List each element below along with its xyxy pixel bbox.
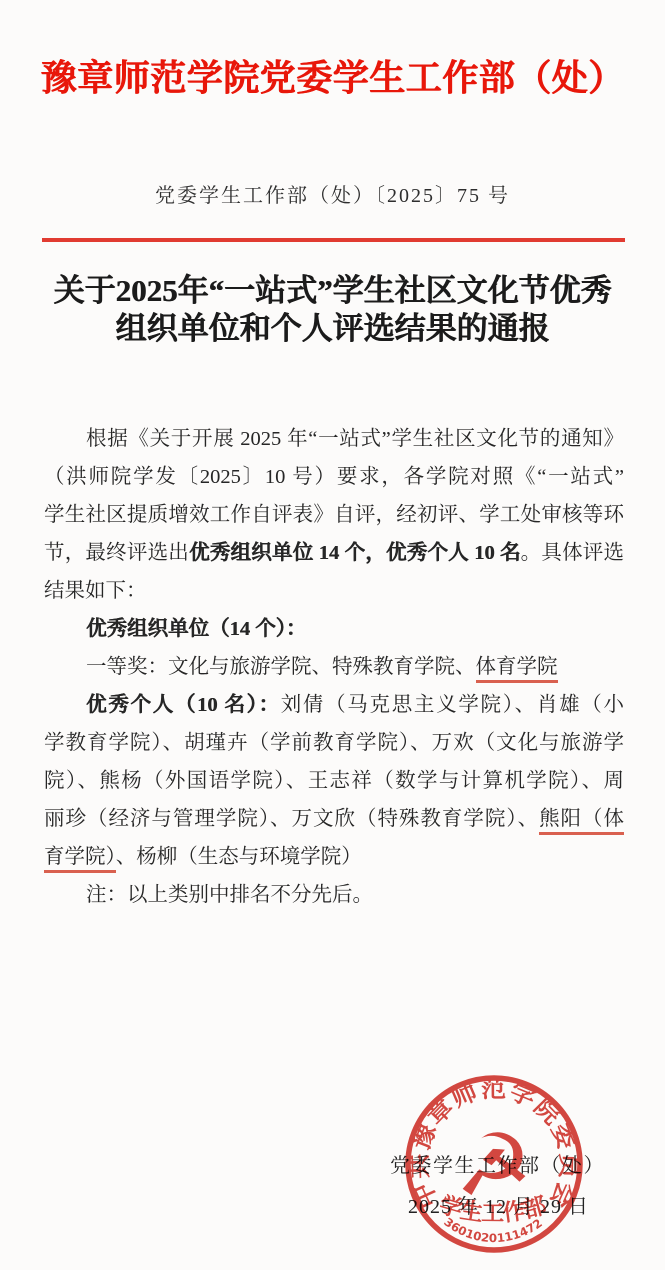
notice-title-line2: 组织单位和个人评选结果的通报 — [0, 310, 665, 348]
notice-title: 关于2025年“一站式”学生社区文化节优秀 组织单位和个人评选结果的通报 — [0, 272, 665, 348]
body-line: 丽珍（经济与管理学院）、万文欣（特殊教育学院）、熊阳（体 — [44, 800, 624, 838]
document-number: 党委学生工作部（处）〔2025〕75 号 — [0, 179, 665, 208]
body-line: 院）、熊杨（外国语学院）、王志祥（数学与计算机学院）、周 — [44, 762, 624, 800]
red-underlined-text: 体育学院 — [476, 656, 558, 683]
body-line: 育学院）、杨柳（生态与环境学院） — [44, 838, 624, 876]
red-underlined-text: 育学院） — [44, 846, 116, 873]
body-line: 学教育学院）、胡瑾卉（学前教育学院）、万欢（文化与旅游学 — [44, 724, 624, 762]
body-line: 根据《关于开展 2025 年“一站式”学生社区文化节的通知》 — [44, 420, 624, 458]
body-line: 一等奖：文化与旅游学院、特殊教育学院、体育学院 — [44, 648, 624, 686]
red-underlined-text: 熊阳（体 — [539, 808, 624, 835]
body-line: 优秀个人（10 名）：刘倩（马克思主义学院）、肖雄（小 — [44, 686, 624, 724]
red-divider-line — [42, 238, 625, 242]
body-line: 注：以上类别中排名不分先后。 — [44, 876, 624, 914]
body-line: 节，最终评选出优秀组织单位 14 个，优秀个人 10 名。具体评选 — [44, 534, 624, 572]
document-body: 根据《关于开展 2025 年“一站式”学生社区文化节的通知》（洪师院学发〔202… — [44, 420, 624, 914]
official-seal: 中共豫章师范学院委员会 ☭ 学生工作部 3601020111472 — [392, 1060, 596, 1270]
body-line: 结果如下： — [44, 572, 624, 610]
letterhead-title: 豫章师范学院党委学生工作部（处） — [0, 50, 665, 101]
body-line: 学生社区提质增效工作自评表》自评，经初评、学工处审核等环 — [44, 496, 624, 534]
body-line: （洪师院学发〔2025〕10 号）要求，各学院对照《“一站式” — [44, 458, 624, 496]
document-page: 豫章师范学院党委学生工作部（处） 党委学生工作部（处）〔2025〕75 号 关于… — [0, 0, 665, 1270]
body-line: 优秀组织单位（14 个）： — [44, 610, 624, 648]
notice-title-line1: 关于2025年“一站式”学生社区文化节优秀 — [0, 272, 665, 310]
